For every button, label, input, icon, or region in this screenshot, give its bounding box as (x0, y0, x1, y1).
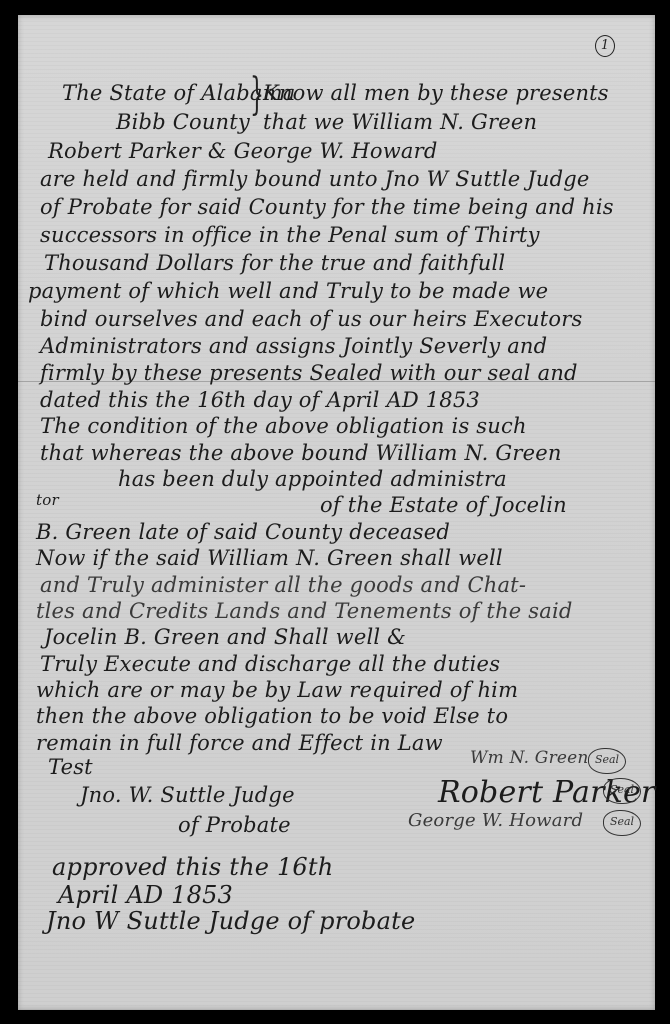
body-line: dated this the 16th day of April AD 1853 (40, 388, 480, 412)
seal-icon: Seal (603, 778, 641, 804)
body-line: and Truly administer all the goods and C… (40, 573, 526, 597)
judge-signature-line1: Jno. W. Suttle Judge (80, 783, 295, 807)
body-line: then the above obligation to be void Els… (36, 704, 508, 728)
body-line: are held and firmly bound unto Jno W Sut… (40, 167, 590, 191)
body-line: Know all men by these presents (263, 81, 609, 105)
body-line: Administrators and assigns Jointly Sever… (40, 334, 547, 358)
body-line: tles and Credits Lands and Tenements of … (36, 599, 573, 623)
body-line: B. Green late of said County deceased (36, 520, 450, 544)
body-line: of Probate for said County for the time … (40, 195, 614, 219)
body-line: Now if the said William N. Green shall w… (36, 546, 503, 570)
seal-icon: Seal (603, 810, 641, 836)
document-page: 1 The State of Alabama } Know all men by… (18, 15, 655, 1010)
attest-label: Test (48, 755, 93, 779)
body-line: that we William N. Green (263, 110, 537, 134)
body-line: tor (36, 491, 59, 509)
body-line: which are or may be by Law required of h… (36, 678, 518, 702)
body-line: of the Estate of Jocelin (320, 493, 567, 517)
body-line: has been duly appointed administra (118, 467, 507, 491)
body-line: bind ourselves and each of us our heirs … (40, 307, 582, 331)
body-line: Truly Execute and discharge all the duti… (40, 652, 500, 676)
signature-william-green: Wm N. Green (470, 748, 589, 768)
body-line: remain in full force and Effect in Law (36, 731, 443, 755)
body-line: successors in office in the Penal sum of… (40, 223, 540, 247)
header-county: Bibb County (116, 110, 250, 134)
body-line: Robert Parker & George W. Howard (48, 139, 438, 163)
body-line: Jocelin B. Green and Shall well & (44, 625, 406, 649)
body-line: payment of which well and Truly to be ma… (28, 279, 548, 303)
header-brace: } (250, 69, 264, 120)
approval-line2: April AD 1853 (58, 881, 233, 909)
body-line: that whereas the above bound William N. … (40, 441, 562, 465)
body-line: The condition of the above obligation is… (40, 414, 527, 438)
seal-icon: Seal (588, 748, 626, 774)
page-number: 1 (595, 35, 615, 57)
approval-line1: approved this the 16th (52, 853, 333, 881)
signature-george-howard: George W. Howard (408, 810, 583, 831)
body-line: Thousand Dollars for the true and faithf… (44, 251, 505, 275)
judge-signature-line2: of Probate (178, 813, 291, 837)
body-line: firmly by these presents Sealed with our… (40, 361, 578, 385)
approval-line3: Jno W Suttle Judge of probate (46, 907, 415, 935)
